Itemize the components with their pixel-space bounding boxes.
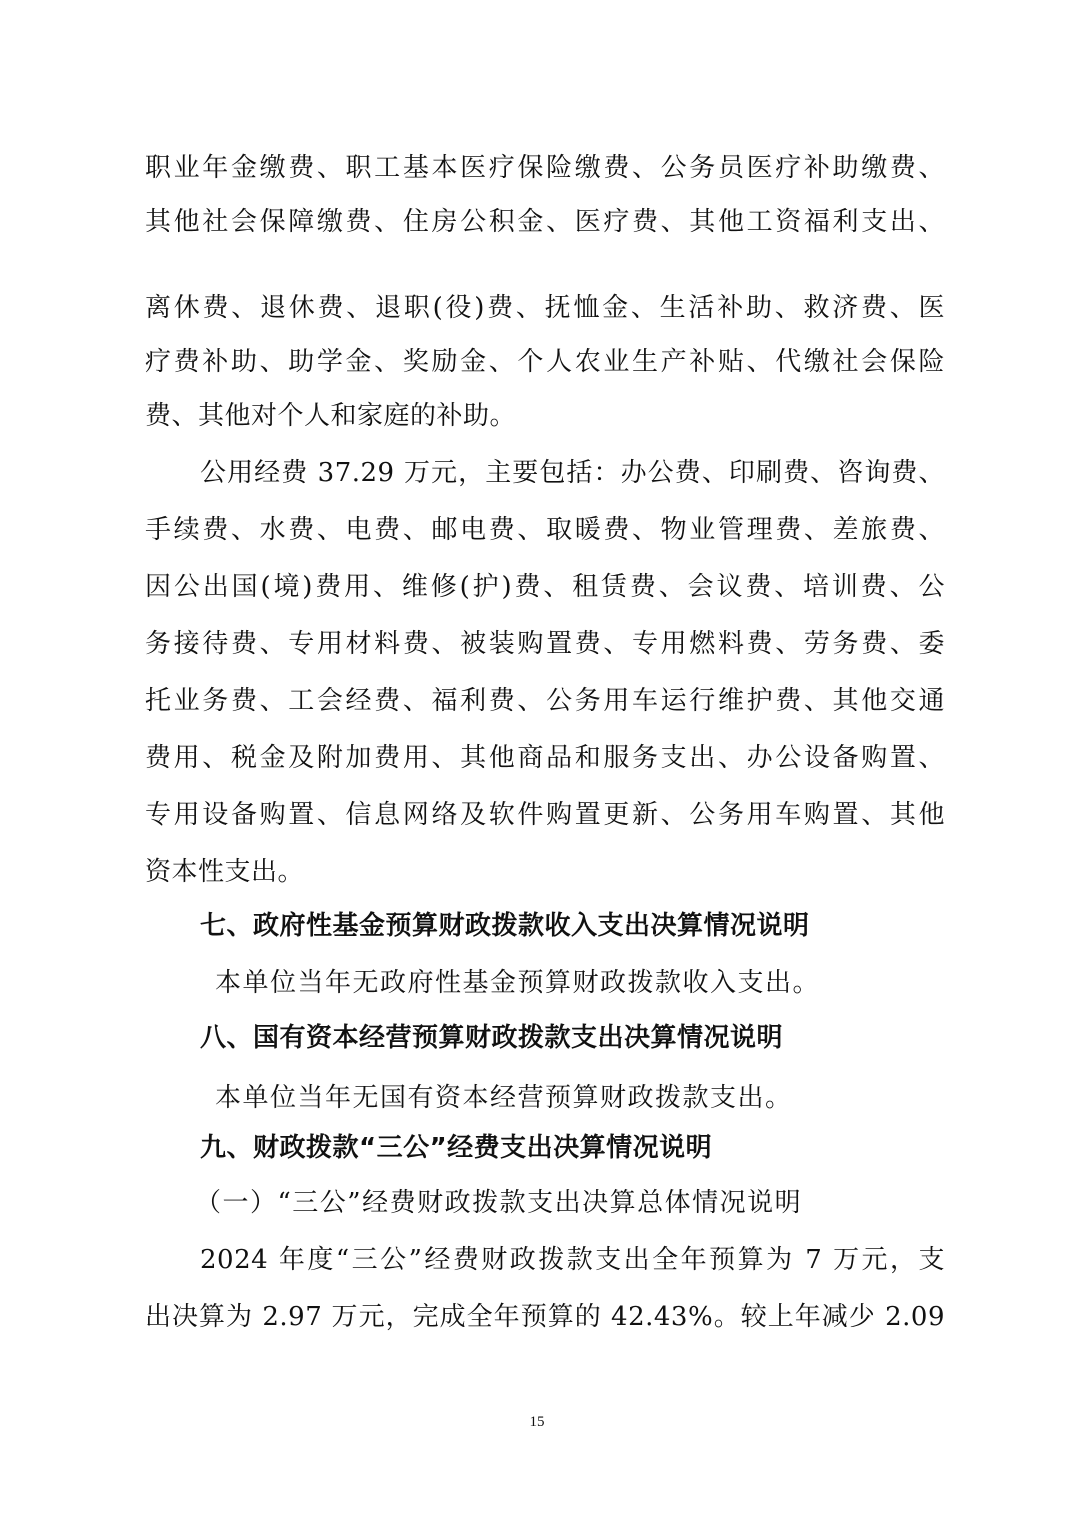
section-8-body: 本单位当年无国有资本经营预算财政拨款支出。 [215,1083,793,1113]
section-9-line-1: 2024 年度“三公”经费财政拨款支出全年预算为 7 万元，支 [200,1245,945,1275]
body-line: 职业年金缴费、职工基本医疗保险缴费、公务员医疗补助缴费、 [145,153,945,183]
body-line: 因公出国(境)费用、维修(护)费、租赁费、会议费、培训费、公 [145,572,945,602]
body-line: 专用设备购置、信息网络及软件购置更新、公务用车购置、其他 [145,800,945,830]
section-8-heading: 八、国有资本经营预算财政拨款支出决算情况说明 [200,1023,783,1053]
body-line: 其他社会保障缴费、住房公积金、医疗费、其他工资福利支出、 [145,207,945,237]
body-line: 费、其他对个人和家庭的补助。 [145,401,945,431]
body-line: 离休费、退休费、退职(役)费、抚恤金、生活补助、救济费、医 [145,293,945,323]
section-9-heading: 九、财政拨款“三公”经费支出决算情况说明 [200,1133,712,1163]
document-page: 职业年金缴费、职工基本医疗保险缴费、公务员医疗补助缴费、 其他社会保障缴费、住房… [0,0,1074,1520]
body-line: 疗费补助、助学金、奖励金、个人农业生产补贴、代缴社会保险 [145,347,945,377]
page-number: 15 [0,1414,1074,1431]
body-line: 托业务费、工会经费、福利费、公务用车运行维护费、其他交通 [145,686,945,716]
section-9-subheading: （一）“三公”经费财政拨款支出决算总体情况说明 [195,1188,802,1218]
section-7-body: 本单位当年无政府性基金预算财政拨款收入支出。 [215,968,820,998]
body-line: 费用、税金及附加费用、其他商品和服务支出、办公设备购置、 [145,743,945,773]
section-7-heading: 七、政府性基金预算财政拨款收入支出决算情况说明 [200,911,810,941]
section-9-line-2: 出决算为 2.97 万元，完成全年预算的 42.43%。较上年减少 2.09 [145,1302,945,1332]
body-line: 公用经费 37.29 万元，主要包括：办公费、印刷费、咨询费、 [200,458,945,488]
body-line: 务接待费、专用材料费、被装购置费、专用燃料费、劳务费、委 [145,629,945,659]
body-line: 手续费、水费、电费、邮电费、取暖费、物业管理费、差旅费、 [145,515,945,545]
body-line: 资本性支出。 [145,857,945,887]
